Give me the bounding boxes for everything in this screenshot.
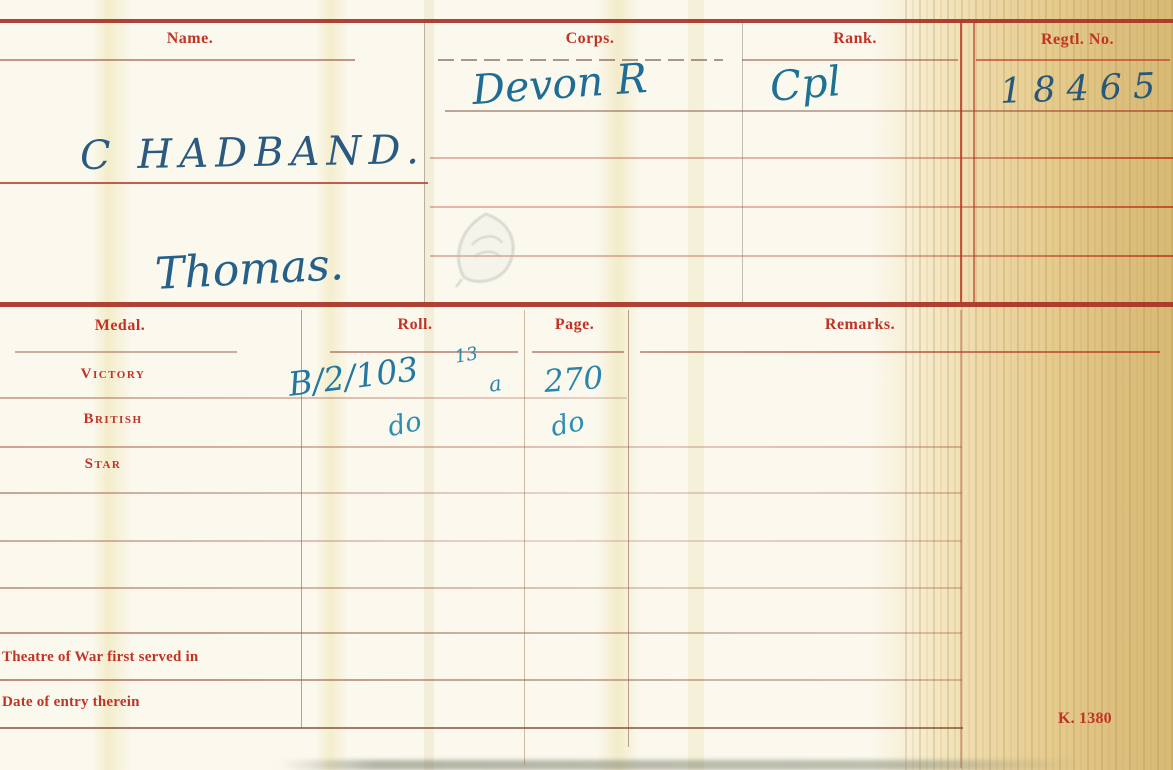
medal-row-british-label: British [18, 411, 208, 428]
name-column-header: Name. [60, 30, 320, 48]
grid-line [430, 206, 1173, 208]
date-of-entry-label: Date of entry therein [2, 694, 140, 711]
roll-column-header: Roll. [320, 316, 510, 334]
grid-line [0, 540, 962, 542]
grid-line [0, 446, 962, 448]
grid-line [0, 727, 963, 729]
forename-handwriting: Thomas. [154, 243, 345, 297]
medal-row-victory-label: Victory [18, 366, 208, 383]
column-divider [524, 310, 525, 765]
section-divider-rule [0, 302, 1173, 307]
grid-line [0, 632, 962, 634]
embossed-stamp-icon [450, 205, 528, 291]
surname-handwriting: C HADBAND. [80, 130, 426, 176]
column-divider [960, 310, 962, 768]
grid-line [445, 110, 1173, 112]
form-code: K. 1380 [1058, 710, 1112, 728]
grid-line [0, 492, 962, 494]
name-underline [0, 182, 428, 184]
column-divider [973, 23, 975, 302]
column-divider [960, 23, 962, 302]
corps-handwriting: Devon R [471, 58, 649, 111]
grid-line [742, 59, 958, 61]
regtl-no-column-header: Regtl. No. [985, 31, 1170, 49]
paper-streak [424, 0, 434, 770]
british-page-ditto-handwriting: do [549, 408, 587, 441]
grid-line [0, 679, 962, 681]
medal-row-star-label: Star [8, 456, 198, 473]
paper-streak [688, 0, 704, 770]
regtl-no-handwriting: 18465 [999, 69, 1166, 110]
medal-column-header: Medal. [20, 317, 220, 335]
card-edge-grain [905, 0, 1173, 770]
medal-index-card: Name. Corps. Rank. Regtl. No. C HADBAND.… [0, 0, 1173, 770]
victory-roll-handwriting: B/2/103 [286, 352, 420, 401]
grid-line [0, 59, 355, 61]
grid-line [640, 351, 1160, 353]
column-divider [742, 23, 743, 302]
corps-column-header: Corps. [460, 30, 720, 48]
rank-handwriting: Cpl [768, 61, 842, 108]
grid-line [15, 351, 237, 353]
grid-line [532, 351, 624, 353]
grid-line [330, 351, 518, 353]
rank-column-header: Rank. [760, 30, 950, 48]
victory-page-handwriting: 270 [543, 363, 604, 398]
theatre-of-war-label: Theatre of War first served in [2, 649, 198, 666]
top-border-rule [0, 19, 1173, 23]
victory-roll-superscript-handwriting: 13 [454, 345, 480, 367]
grid-line [976, 59, 1170, 61]
page-column-header: Page. [527, 316, 622, 334]
victory-roll-note-handwriting: a [488, 373, 503, 396]
column-divider [628, 310, 629, 747]
grid-line [430, 255, 1173, 257]
remarks-column-header: Remarks. [700, 316, 1020, 334]
grid-line [430, 157, 1173, 159]
grid-line [0, 587, 962, 589]
british-roll-ditto-handwriting: do [386, 408, 424, 441]
scan-edge-shadow [280, 760, 1080, 770]
